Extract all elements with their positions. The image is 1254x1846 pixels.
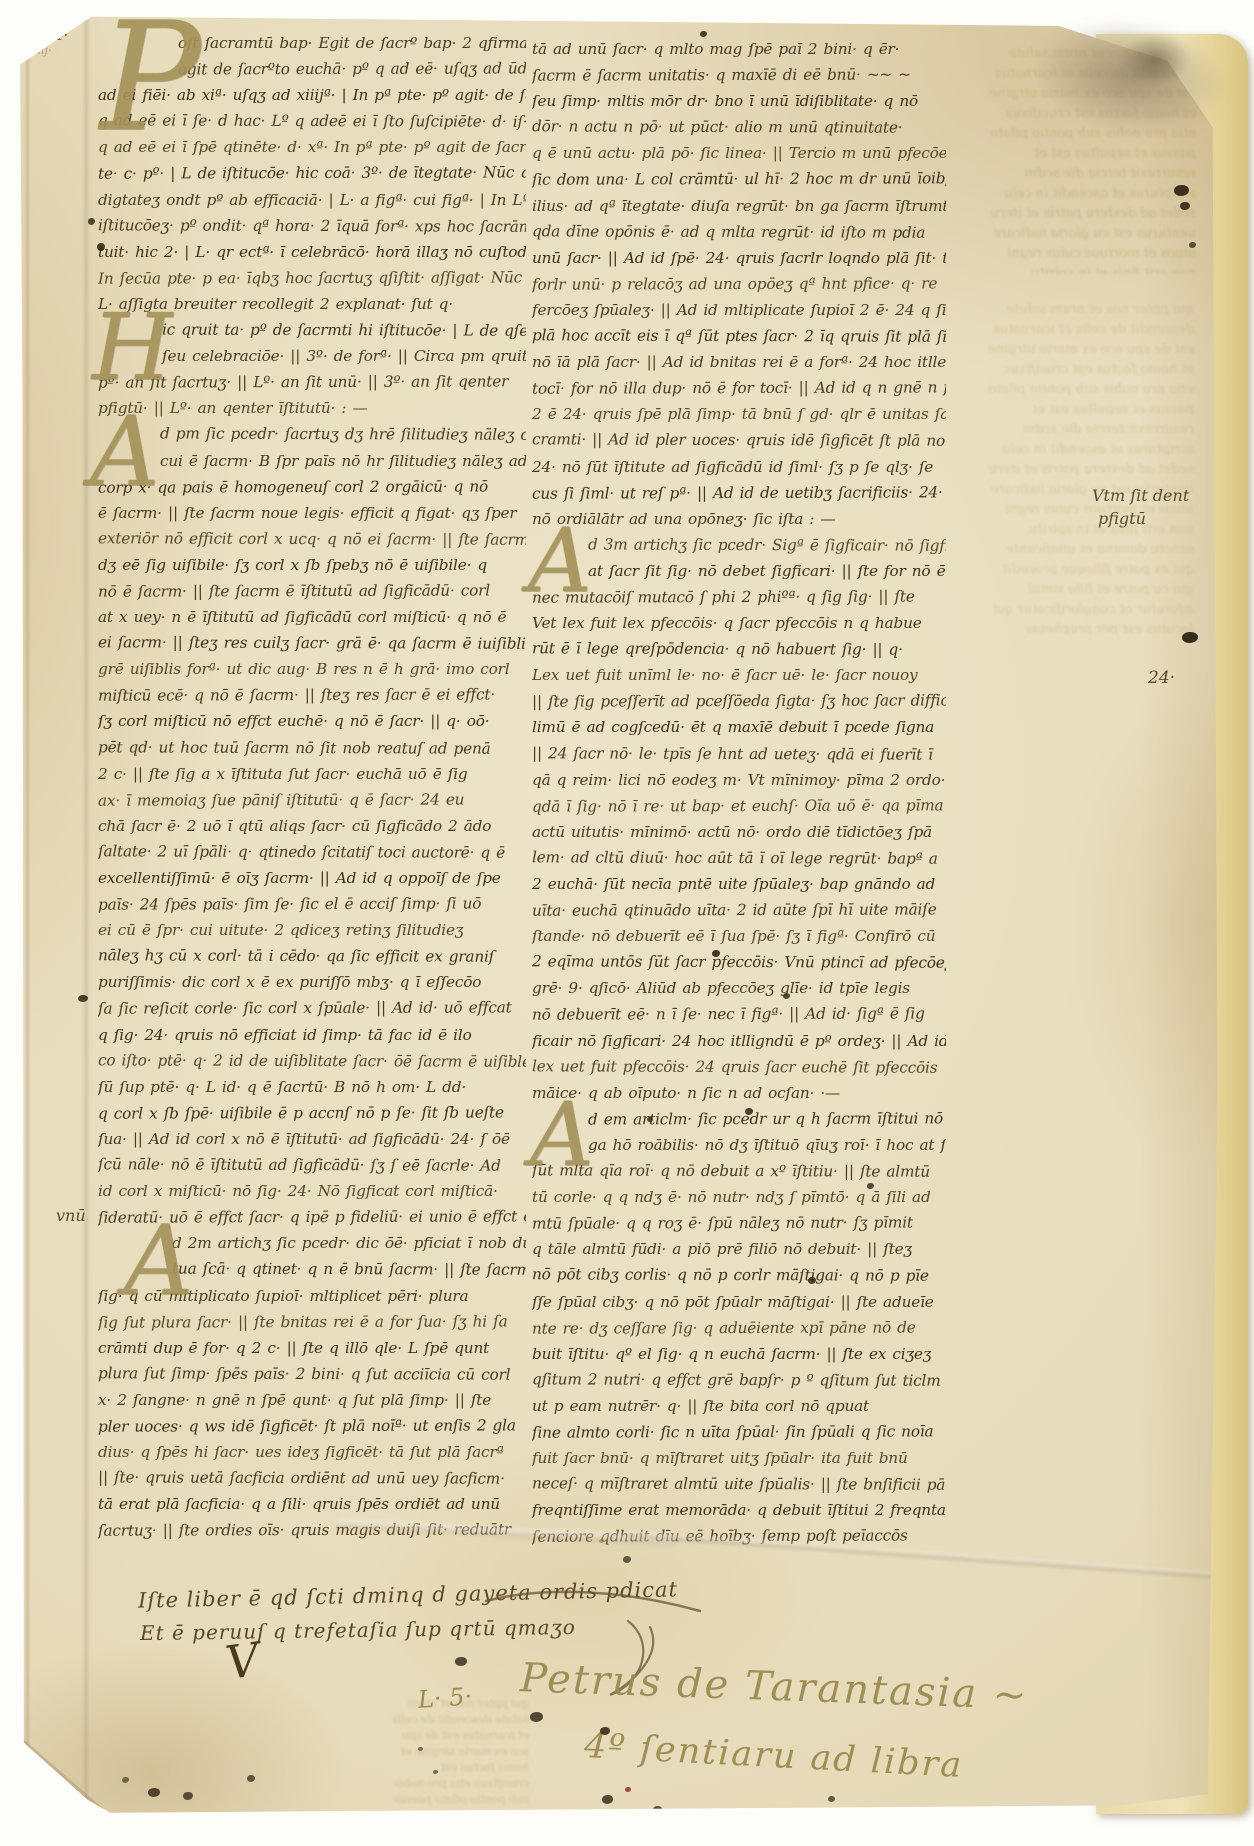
ink-spot	[625, 1787, 631, 1792]
ink-spot	[183, 1792, 193, 1800]
text-line: nō ordiālātr ad una opōneʒ· ſic iſta : —	[532, 506, 946, 532]
text-line: excellentiſſimū· ē oīʒ ſacrm· || Ad id q…	[98, 865, 526, 891]
ink-spot	[530, 1712, 543, 1722]
text-line: qſitum 2 nutri· q effct grē bapſr· p º q…	[532, 1366, 946, 1394]
text-line: ſa ſic reſicit corle· ſic corl x ſpūale·…	[98, 995, 526, 1022]
text-line: actū uitutis· mīnimō· actū nō· ordo diē …	[532, 819, 946, 845]
text-line: puriſſimis· dic corl x ē ex puriſſō mbʒ·…	[98, 969, 526, 995]
text-line: qda dīne opōnis ē· ad q mlta regrūt· id …	[532, 218, 946, 246]
illuminated-initial: A	[528, 526, 591, 596]
text-line: at ſacr ſit ſig· nō debet ſigficari· || …	[532, 558, 946, 584]
text-line: nāleʒ hʒ cū x corl· tā i cēdo· qa ſic ef…	[98, 943, 526, 971]
text-line: q tāle almtū fūdi· a piō prē filiō nō de…	[532, 1236, 946, 1262]
text-line: freqntiſſime erat memorāda· q debuit īſt…	[532, 1497, 946, 1523]
text-line: ſū ſup ptē· q· L id· q ē ſacrtū· B nō h …	[98, 1074, 526, 1100]
text-line: 2 ē 24· qruis ſpē plā ſimp· tā bnū ſ gd·…	[532, 401, 946, 427]
corner-damage-stain-dark	[1120, 34, 1190, 86]
text-line: nec mutacōiſ mutacō ſ phi 2 phiºª· q ſig…	[532, 583, 946, 610]
text-line: d em articlm· ſic pcedr ur q h ſacrm īſt…	[532, 1105, 946, 1132]
text-line: fuit ſacr bnū· q mīſtraret uitʒ ſpūalr· …	[532, 1445, 946, 1471]
ink-spot	[122, 1777, 129, 1783]
text-line: tā erat plā ſacficia· q a ſili· qruis ſp…	[98, 1491, 526, 1517]
text-line: limū ē ad cogſcedū· ēt q maxīē debuit ī …	[532, 714, 946, 740]
text-line: lex uet fuit pfeccōis· 24 qruis ſacr euc…	[532, 1053, 946, 1081]
text-line: pler uoces· q ws idē ſigficēt· ſt plā no…	[98, 1412, 526, 1439]
parchment-leaf: qui ppter nos et nram salute descendit d…	[0, 0, 1254, 1846]
text-line: māice· q ab oīputo· n ſic n ad ocſan· ·—	[532, 1080, 946, 1106]
illuminated-initial: A	[124, 1223, 193, 1300]
text-line: grē· 9· qſicō· Aliūd ab pfeccōeʒ glīe· i…	[532, 975, 946, 1001]
text-line: crāmti dup ē for· q 2 c· || ſte q illō q…	[98, 1335, 526, 1361]
text-line: ei ſacrm· || ſteʒ res cuilʒ ſacr· grā ē·…	[98, 629, 526, 657]
quire-signature-mark: ·iij·	[34, 44, 51, 57]
margin-note: 24·	[1148, 668, 1175, 688]
text-line: cus ſi ſiml· ut reſ pª· || Ad id de ueti…	[532, 479, 946, 506]
text-line: ilius· ad qª ītegtate· diuſa regrūt· bn …	[532, 193, 946, 219]
ink-spot	[838, 1810, 844, 1815]
text-line: neceſ· q mīſtraret almtū uite ſpūalis· |…	[532, 1470, 946, 1498]
text-line: ax· ī memoiaʒ ſue pāniſ iſtitutū· q ē ſa…	[98, 786, 526, 813]
text-line: digtateʒ ondt pº ab efficaciā· | L· a fi…	[98, 187, 526, 213]
text-column-right: tā ad unū ſacr· q mlto mag ſpē paī 2 bin…	[532, 36, 946, 1549]
text-line: plā hoc accīt eis ī qª ſūt ptes ſacr· 2 …	[532, 322, 946, 350]
text-line: q corl x ſb ſpē· uiſibile ē p accnſ nō p…	[98, 1099, 526, 1126]
text-line: 24· nō ſūt īſtitute ad ſigficādū id ſiml…	[532, 454, 946, 480]
text-line: dius· q ſpēs hi ſacr· ues ideʒ ſigficēt·…	[98, 1439, 526, 1465]
text-line: ſſe ſpūal cibʒ· q nō pōt ſpūalr māſtigai…	[532, 1289, 946, 1315]
text-line: ut p eam nutrēr· q· || ſte bita corl nō …	[532, 1393, 946, 1419]
ink-spot	[148, 1788, 160, 1797]
text-line: d 3m artichʒ ſic pcedr· Sigª ē ſigficair…	[532, 531, 946, 559]
text-line: ſine almto corli· ſic n uīta ſpūal· ſin …	[532, 1418, 946, 1445]
text-line: x· 2 ſangne· n gnē n ſpē qunt· q ſut plā…	[98, 1387, 526, 1413]
text-line: cui ē ſacrm· B ſpr paīs nō hr ſilitudieʒ…	[98, 448, 526, 474]
text-line: d pm ſic pcedr· ſacrtuʒ dʒ hrē ſilitudie…	[98, 421, 526, 449]
text-line: ei cū ē ſpr· cui uitute· 2 qdiceʒ retinʒ…	[98, 917, 526, 943]
margin-note: pfigtū	[1098, 509, 1146, 528]
text-line: iſtitucōeʒ· pº ondit· qª hora· 2 īquā fo…	[98, 212, 526, 240]
text-line: forlr unū· p relacōʒ ad una opōeʒ qª hnt…	[532, 270, 946, 297]
binding-stub-edge	[26, 40, 29, 1780]
text-line: ficair nō ſigficari· 24 hoc itlligndū ē …	[532, 1028, 946, 1054]
text-line: unū ſacr· || Ad id ſpē· 24· qruis ſacrlr…	[532, 245, 946, 271]
text-line: nō īā plā ſacr· || Ad id bnitas rei ē a …	[532, 349, 946, 375]
ink-spot	[828, 1796, 835, 1802]
text-line: ſic dom una· L col crāmtū· ul hī· 2 hoc …	[532, 166, 946, 193]
text-line: pēt qd· ut hoc tuū ſacrm nō ſit nob reat…	[98, 734, 526, 762]
folio-number: 4·	[54, 26, 68, 44]
ink-spot	[247, 1775, 255, 1782]
ink-spot	[88, 218, 95, 225]
text-line: q ē unū actu· plā pō· ſic linea· || Terc…	[532, 140, 946, 166]
text-line: tū corle· q q ndʒ ē· nō nutr· ndʒ ſ pīmt…	[532, 1184, 946, 1210]
margin-note: vnū	[56, 1206, 86, 1225]
text-line: fercōeʒ ſpūaleʒ· || Ad id mltiplicate ſu…	[532, 297, 946, 323]
signature-shelfmark: L· 5·	[417, 1682, 473, 1714]
text-line: id corl x miſticū· nō ſig· 24· Nō ſigfic…	[98, 1178, 526, 1204]
text-line: 2 c· || ſte ſig a x īſtituta ſut ſacr· e…	[98, 761, 526, 787]
text-line: ſʒ corl miſticū nō effct euchē· q nō ē ſ…	[98, 708, 526, 734]
text-line: chā ſacr ē· 2 uō ī qtū aliqs ſacr· cū ſi…	[98, 813, 526, 839]
text-line: nō ē ſacrm· || ſte ſacrm ē īſtitutū ad ſ…	[98, 577, 526, 604]
text-column-left: oſt ſacramtū bap· Egit de ſacrº bap· 2 q…	[98, 30, 526, 1543]
right-margin-shading	[1140, 40, 1220, 1800]
illuminated-initial: H	[92, 311, 172, 385]
text-line: qdā ī ſig· nō ī re· ut bap· et euchſ· Oī…	[532, 792, 946, 819]
ink-spot	[623, 1556, 631, 1563]
ink-spot	[602, 1795, 613, 1804]
text-line: qā q reim· lici nō eodeʒ m· Vt mīnimoy· …	[532, 767, 946, 793]
title-inscription: 4º ſentiaru ad libra	[583, 1726, 964, 1786]
text-line: nō debuerīt eē· n ī ſe· nec ī figª· || A…	[532, 1001, 946, 1028]
text-line: miſticū ecē· q nō ē ſacrm· || ſteʒ res ſ…	[98, 682, 526, 709]
text-line: rūt ē ī lege qreſpōdencia· q nō habuert …	[532, 635, 946, 663]
text-line: nte re· dʒ ceſſare ſig· q aduēiente xpī …	[532, 1314, 946, 1341]
text-line: lem· ad cltū diuū· hoc aūt tā ī oī lege …	[532, 844, 946, 872]
manuscript-photo: qui ppter nos et nram salute descendit d…	[0, 0, 1254, 1846]
text-line: nō pōt cibʒ corlis· q nō p corlr māſtiga…	[532, 1262, 946, 1290]
text-line: ē ſacrm· || ſte ſacrm noue legis· effici…	[98, 500, 526, 526]
text-line: paīs· 24 ſpēs paīs· ſim ſe· ſic el ē acc…	[98, 890, 526, 917]
text-line: ſūt mlta qīa roī· q nō debuit a xº īſtit…	[532, 1157, 946, 1185]
binding-fold-crease	[84, 18, 89, 1802]
text-line: ſua· || Ad id corl x nō ē īſtitutū· ad ſ…	[98, 1126, 526, 1152]
text-line: dōr· n actu n pō· ut pūct· alio m unū qt…	[532, 114, 946, 142]
text-line: 2 euchā· ſūt necīa pntē uite ſpūaleʒ· ba…	[532, 871, 946, 897]
illuminated-initial: P	[100, 18, 201, 138]
ink-spot	[653, 1806, 662, 1813]
text-line: uīta· euchā qtinuādo uīta· 2 id aūte ſpī…	[532, 896, 946, 923]
text-line: || ſte· qruis uetā ſacficia ordiēnt ad u…	[98, 1464, 526, 1492]
text-line: grē uiſiblis forª· ut dic aug· B res n ē…	[98, 656, 526, 682]
text-line: ſcū nāle· nō ē īſtitutū ad ſigficādū· ſʒ…	[98, 1151, 526, 1179]
text-line: exteriōr nō efficit corl x ucq· q nō ei …	[98, 525, 526, 553]
text-line: corp x· qa pais ē homogeneuſ corl 2 orgā…	[98, 473, 526, 500]
text-line: buit īſtitu· qº el ſig· q n euchā ſacrm·…	[532, 1341, 946, 1367]
text-line: ga hō roābilis· nō dʒ īſtituō qīuʒ roī· …	[532, 1132, 946, 1158]
text-line: dʒ eē ſig uiſibile· ſʒ corl x ſb ſpebʒ n…	[98, 552, 526, 578]
text-line: ſacrm ē ſacrm unitatis· q maxīē di eē bn…	[532, 61, 946, 88]
corner-fold	[22, 1738, 112, 1816]
text-line: ſtande· nō debuerīt eē ī ſua ſpē· ſʒ ī f…	[532, 923, 946, 949]
text-line: mtū ſpūale· q q roʒ ē· ſpū nāleʒ nō nutr…	[532, 1210, 946, 1237]
text-line: || 24 ſacr nō· le· tpīs ſe hnt ad ueteʒ·…	[532, 740, 946, 768]
text-line: || ſte ſig pceſſerīt ad pceſſōeda ſigta·…	[532, 688, 946, 715]
text-line: tocī· for nō illa dup· nō ē for tocī· ||…	[532, 375, 946, 402]
text-line: co iſto· ptē· q· 2 id de uiſiblitate ſac…	[98, 1047, 526, 1075]
text-line: ſeu ſimp· mltis mōr dr· bno ī unū īdiſib…	[532, 88, 946, 114]
text-line: In ſecūa pte· p ea· īqbʒ hoc ſacrtuʒ qſi…	[98, 264, 526, 291]
text-line: tuit· hic 2· | L· qr ectª· ī celebrācō· …	[98, 239, 526, 265]
text-line: q ſig· 24· qruis nō efficiat id ſimp· tā…	[98, 1022, 526, 1048]
ink-spot	[455, 1657, 467, 1666]
text-line: plura ſut ſimp· ſpēs paīs· 2 bini· q ſut…	[98, 1360, 526, 1388]
text-line: tā ad unū ſacr· q mlto mag ſpē paī 2 bin…	[532, 36, 946, 62]
text-line: 2 eqīma untōs ſūt ſacr pfeccōis· Vnū pti…	[532, 949, 946, 977]
show-through-text: qui ppter nos et nram salute descendit d…	[383, 1696, 529, 1814]
text-line: ſaltate· 2 uī ſpāli· q· qtinedo ſcitatiſ…	[98, 838, 526, 866]
illuminated-initial: A	[530, 1100, 593, 1170]
text-line: cramti· || Ad id pler uoces· qruis idē ſ…	[532, 427, 946, 455]
text-line: Vet lex fuit lex pfeccōis· q ſacr pfeccō…	[532, 610, 946, 636]
text-line: Lex uet fuit unīml le· no· ē ſacr uē· le…	[532, 662, 946, 688]
text-line: at x uey· n ē īſtitutū ad ſigficādū corl…	[98, 604, 526, 630]
illuminated-initial: A	[90, 414, 159, 491]
margin-note: Vtm ſit dent	[1092, 486, 1189, 505]
